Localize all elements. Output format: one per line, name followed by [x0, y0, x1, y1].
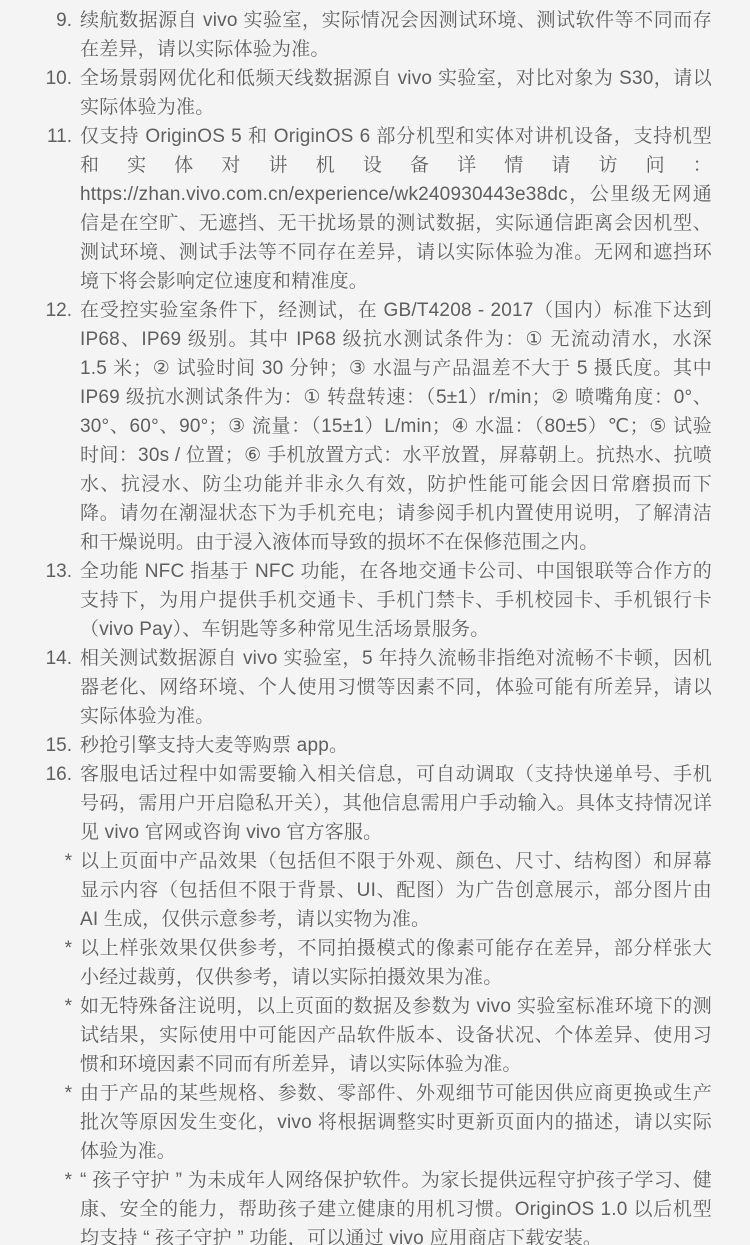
footnote-text: 全功能 NFC 指基于 NFC 功能，在各地交通卡公司、中国银联等合作方的支持下… [80, 557, 712, 644]
footnote-item-star-4: * 由于产品的某些规格、参数、零部件、外观细节可能因供应商更换或生产批次等原因发… [42, 1079, 712, 1166]
footnote-text: 以上页面中产品效果（包括但不限于外观、颜色、尺寸、结构图）和屏幕显示内容（包括但… [80, 847, 712, 934]
footnote-item-14: 14. 相关测试数据源自 vivo 实验室，5 年持久流畅非指绝对流畅不卡顿，因… [42, 644, 712, 731]
footnote-text: 续航数据源自 vivo 实验室，实际情况会因测试环境、测试软件等不同而存在差异，… [80, 6, 712, 64]
footnote-text: 由于产品的某些规格、参数、零部件、外观细节可能因供应商更换或生产批次等原因发生变… [80, 1079, 712, 1166]
footnotes-section: 9. 续航数据源自 vivo 实验室，实际情况会因测试环境、测试软件等不同而存在… [0, 0, 750, 1245]
footnote-item-13: 13. 全功能 NFC 指基于 NFC 功能，在各地交通卡公司、中国银联等合作方… [42, 557, 712, 644]
footnote-item-16: 16. 客服电话过程中如需要输入相关信息，可自动调取（支持快递单号、手机号码，需… [42, 760, 712, 847]
footnote-item-15: 15. 秒抢引擎支持大麦等购票 app。 [42, 731, 712, 760]
footnote-text: 客服电话过程中如需要输入相关信息，可自动调取（支持快递单号、手机号码，需用户开启… [80, 760, 712, 847]
footnote-text: 秒抢引擎支持大麦等购票 app。 [80, 731, 712, 760]
footnote-marker: 16. [42, 760, 72, 789]
footnote-item-9: 9. 续航数据源自 vivo 实验室，实际情况会因测试环境、测试软件等不同而存在… [42, 6, 712, 64]
footnote-text: “ 孩子守护 ” 为未成年人网络保护软件。为家长提供远程守护孩子学习、健康、安全… [80, 1166, 712, 1245]
footnote-text: 如无特殊备注说明，以上页面的数据及参数为 vivo 实验室标准环境下的测试结果，… [80, 992, 712, 1079]
footnote-text: 以上样张效果仅供参考，不同拍摄模式的像素可能存在差异，部分样张大小经过裁剪，仅供… [80, 934, 712, 992]
footnote-text: 仅支持 OriginOS 5 和 OriginOS 6 部分机型和实体对讲机设备… [80, 122, 712, 296]
footnote-marker: * [42, 847, 72, 876]
footnote-item-star-2: * 以上样张效果仅供参考，不同拍摄模式的像素可能存在差异，部分样张大小经过裁剪，… [42, 934, 712, 992]
footnote-item-star-3: * 如无特殊备注说明，以上页面的数据及参数为 vivo 实验室标准环境下的测试结… [42, 992, 712, 1079]
footnote-item-12: 12. 在受控实验室条件下，经测试，在 GB/T4208 - 2017（国内）标… [42, 296, 712, 557]
footnote-item-10: 10. 全场景弱网优化和低频天线数据源自 vivo 实验室，对比对象为 S30，… [42, 64, 712, 122]
footnote-text: 相关测试数据源自 vivo 实验室，5 年持久流畅非指绝对流畅不卡顿，因机器老化… [80, 644, 712, 731]
footnote-text: 在受控实验室条件下，经测试，在 GB/T4208 - 2017（国内）标准下达到… [80, 296, 712, 557]
footnote-marker: 15. [42, 731, 72, 760]
footnote-text: 全场景弱网优化和低频天线数据源自 vivo 实验室，对比对象为 S30，请以实际… [80, 64, 712, 122]
footnote-marker: 10. [42, 64, 72, 93]
footnote-marker: * [42, 934, 72, 963]
footnote-item-11: 11. 仅支持 OriginOS 5 和 OriginOS 6 部分机型和实体对… [42, 122, 712, 296]
footnote-marker: 11. [42, 122, 72, 151]
footnote-marker: 14. [42, 644, 72, 673]
footnote-marker: * [42, 1079, 72, 1108]
footnote-marker: * [42, 1166, 72, 1195]
footnote-item-star-1: * 以上页面中产品效果（包括但不限于外观、颜色、尺寸、结构图）和屏幕显示内容（包… [42, 847, 712, 934]
footnote-marker: 13. [42, 557, 72, 586]
footnote-marker: * [42, 992, 72, 1021]
footnote-item-star-5: * “ 孩子守护 ” 为未成年人网络保护软件。为家长提供远程守护孩子学习、健康、… [42, 1166, 712, 1245]
footnote-marker: 9. [42, 6, 72, 35]
footnote-marker: 12. [42, 296, 72, 325]
